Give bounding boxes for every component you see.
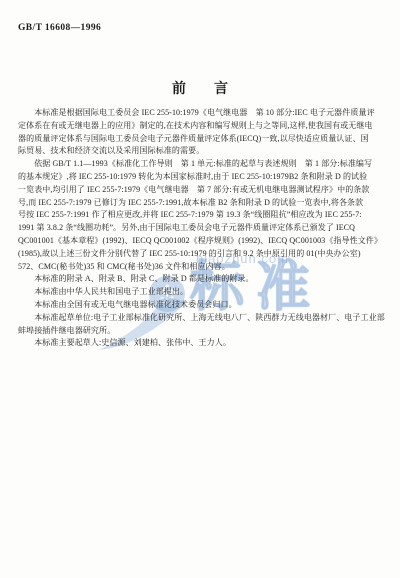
foreword-text-line: 572、CMC(秘书处)35 和 CMC(秘书处)36 文件和相应内容。 [18,261,384,274]
foreword-text-line: 1991 第 3.8.2 条“线圈功耗”。另外,由于国际电工委员会电子元器件质量… [18,222,384,235]
standard-number: GB/T 16608—1996 [18,23,101,33]
foreword-text-line: 本标准主要起草人:史信源、刘建柏、张伟中、王力人。 [18,337,384,350]
foreword-text-line: 本标准的附录 A、附录 B、附录 C、附录 D 都是标准的附录。 [18,273,384,286]
foreword-text-line: QC001001《基本章程》(1992)、IECQ QC001002《程序规则》… [18,235,384,248]
foreword-text-line: 蚌埠接插件继电器研究所。 [18,325,384,338]
foreword-text-line: (1985),故以上述三份文件分别代替了 IEC 255-10:1979 的引言… [18,248,384,261]
foreword-text-line: 定体系在有或无继电器上的应用》制定的,在技术内容和编写规则上与之等同,这样,使我… [18,120,384,133]
foreword-text-line: 依据 GB/T 1.1—1993《标准化工作导则 第 1 单元:标准的起草与表述… [18,158,384,171]
foreword-text-line: 本标准是根据国际电工委员会 IEC 255-10:1979《电气继电器 第 10… [18,107,384,120]
foreword-text-line: 本标准由全国有或无电气继电器标准化技术委员会归口。 [18,299,384,312]
foreword-text-line: 本标准起草单位:电子工业部标准化研究所、上海无线电八厂、陕西群力无线电器材厂、电… [18,312,384,325]
foreword-text-line: 号,而 IEC 255-7:1979 已修订为 IEC 255-7:1991,故… [18,197,384,210]
document-page: GB/T 16608—1996 前 言 biaozhun.com 全 标准 本标… [0,0,400,578]
foreword-text-line: 的基本规定》,将 IEC 255-10:1979 转化为本国家标准时,由于 IE… [18,171,384,184]
foreword-text-line: 号按 IEC 255-7:1991 作了相应更改,并将 IEC 255-7:19… [18,209,384,222]
foreword-text-line: 一览表中,均引用了 IEC 255-7:1979《电气继电器 第 7 部分:有或… [18,184,384,197]
foreword-text-line: 器的质量评定体系与国际电工委员会电子元器件质量评定体系(IECQ)一致,以尽快适… [18,133,384,146]
foreword-text-line: 际贸易、技术和经济交流以及采用国际标准的需要。 [18,145,384,158]
foreword-text-line: 本标准由中华人民共和国电子工业部提出。 [18,286,384,299]
foreword-body: 本标准是根据国际电工委员会 IEC 255-10:1979《电气继电器 第 10… [18,107,384,350]
page-title: 前 言 [0,78,400,98]
